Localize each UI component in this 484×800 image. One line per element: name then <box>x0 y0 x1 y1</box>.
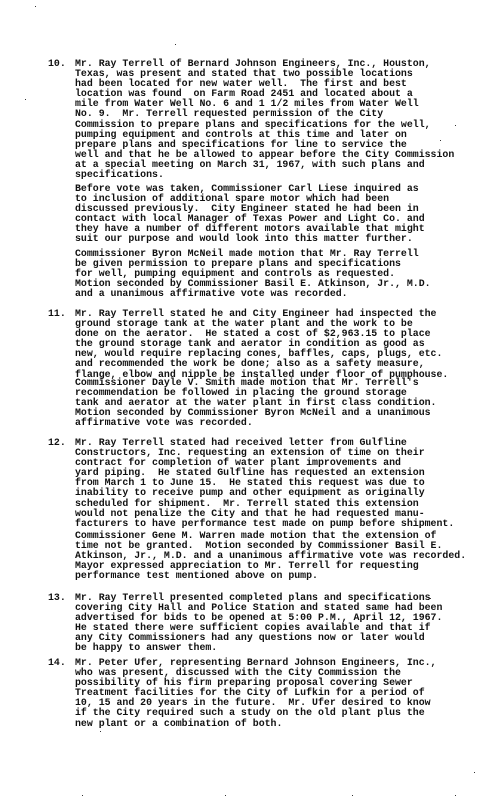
item-paragraph: Mr. Ray Terrell of Bernard Johnson Engin… <box>75 59 454 180</box>
item-paragraph: Before vote was taken, Commissioner Carl… <box>75 184 425 245</box>
scan-speck <box>430 598 431 599</box>
item-number: 12. <box>48 438 66 448</box>
scan-speck <box>25 99 26 100</box>
item-number: 13. <box>48 593 66 603</box>
scan-speck <box>352 795 353 796</box>
item-paragraph: Mr. Ray Terrell presented completed plan… <box>75 593 442 654</box>
scan-speck <box>100 731 101 732</box>
item-paragraph: Commissioner Dayle V. Smith made motion … <box>75 378 436 428</box>
item-paragraph: Commissioner Byron McNeil made motion th… <box>75 249 431 299</box>
document-page: 10. Mr. Ray Terrell of Bernard Johnson E… <box>0 0 484 800</box>
scan-speck <box>35 6 36 7</box>
item-paragraph: Mr. Ray Terrell stated he and City Engin… <box>75 309 448 380</box>
scan-speck <box>82 795 83 796</box>
item-paragraph: Mr. Ray Terrell stated had received lett… <box>75 438 454 529</box>
scan-speck <box>455 795 456 796</box>
item-number: 11. <box>48 309 66 319</box>
item-paragraph: Mr. Peter Ufer, representing Bernard Joh… <box>75 658 436 729</box>
scan-speck <box>225 795 226 796</box>
item-number: 14. <box>48 658 66 668</box>
scan-speck <box>440 140 441 141</box>
scan-speck <box>455 125 456 126</box>
item-number: 10. <box>48 59 66 69</box>
item-paragraph: Commissioner Gene M. Warren made motion … <box>75 531 466 581</box>
scan-speck <box>474 772 475 773</box>
scan-speck <box>175 44 176 45</box>
